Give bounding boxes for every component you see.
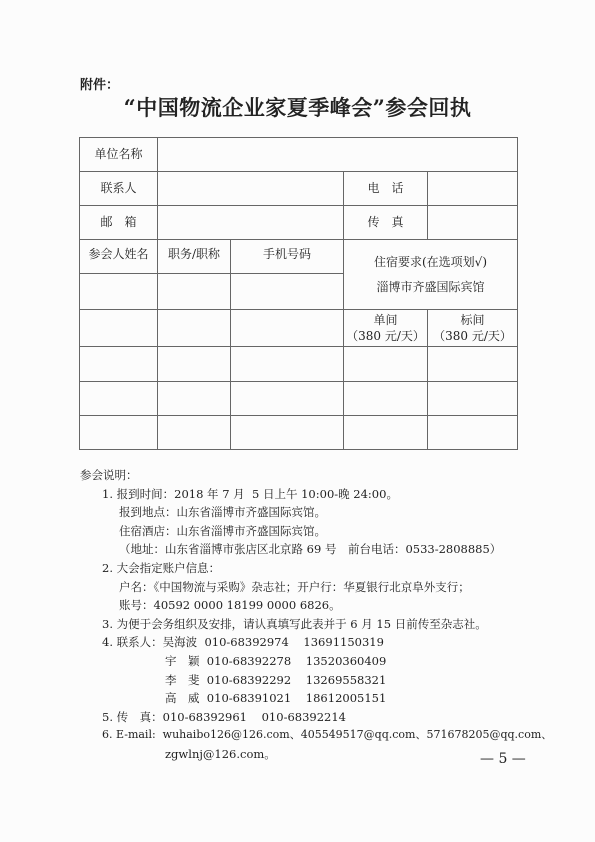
attendee-name-cell[interactable] (80, 310, 158, 347)
position-cell[interactable] (158, 416, 231, 450)
attendee-name-cell[interactable] (80, 347, 158, 382)
position-cell[interactable] (158, 347, 231, 382)
twin-room-label: 标间 (428, 312, 517, 328)
lodging-requirement-label: 住宿要求(在选项划√) (344, 254, 517, 270)
phone-field[interactable] (428, 172, 518, 206)
email-label: 邮 箱 (80, 206, 158, 240)
contact-label: 联系人 (80, 172, 158, 206)
fax-field[interactable] (428, 206, 518, 240)
attendee-name-header: 参会人姓名 (80, 240, 158, 274)
attachment-label: 附件： (80, 74, 119, 93)
page-title: “中国物流企业家夏季峰会”参会回执 (0, 92, 595, 122)
page-number: — 5 — (480, 751, 526, 767)
attendee-name-cell[interactable] (80, 382, 158, 416)
mobile-cell[interactable] (231, 347, 344, 382)
note-item: 4. 联系人：吴海波 010-68392974 13691150319 (80, 633, 540, 652)
single-room-label: 单间 (344, 312, 427, 328)
single-room-cell[interactable] (344, 382, 428, 416)
note-item: 报到地点：山东省淄博市齐盛国际宾馆。 (80, 503, 540, 522)
note-item: 6. E-mail: wuhaibo126@126.com、405549517@… (80, 726, 540, 745)
single-room-price: （380 元/天） (344, 328, 427, 344)
note-item: 住宿酒店：山东省淄博市齐盛国际宾馆。 (80, 522, 540, 541)
mobile-cell[interactable] (231, 274, 344, 310)
note-item: 1. 报到时间：2018 年 7 月 5 日上午 10:00-晚 24:00。 (80, 485, 540, 504)
mobile-cell[interactable] (231, 310, 344, 347)
unit-name-field[interactable] (158, 138, 518, 172)
lodging-header: 住宿要求(在选项划√) 淄博市齐盛国际宾馆 (344, 240, 518, 310)
twin-room-cell[interactable] (428, 416, 518, 450)
position-cell[interactable] (158, 382, 231, 416)
twin-room-price: （380 元/天） (428, 328, 517, 344)
note-item: 高 威 010-68391021 18612005151 (80, 689, 540, 708)
mobile-header: 手机号码 (231, 240, 344, 274)
note-item: 户名：《中国物流与采购》杂志社；开户行：华夏银行北京阜外支行； (80, 578, 540, 597)
contact-field[interactable] (158, 172, 344, 206)
notes-heading: 参会说明： (80, 466, 540, 485)
hotel-name: 淄博市齐盛国际宾馆 (344, 279, 517, 295)
single-room-cell[interactable] (344, 347, 428, 382)
attendee-name-cell[interactable] (80, 416, 158, 450)
email-field[interactable] (158, 206, 344, 240)
note-item: 5. 传 真：010-68392961 010-68392214 (80, 708, 540, 727)
attendance-notes: 参会说明： 1. 报到时间：2018 年 7 月 5 日上午 10:00-晚 2… (80, 466, 540, 764)
twin-room-header: 标间 （380 元/天） (428, 310, 518, 347)
note-item: 2. 大会指定账户信息： (80, 559, 540, 578)
note-item: 账号：40592 0000 18199 0000 6826。 (80, 596, 540, 615)
position-header: 职务/职称 (158, 240, 231, 274)
note-item: 李 斐 010-68392292 13269558321 (80, 671, 540, 690)
note-item: 3. 为便于会务组织及安排，请认真填写此表并于 6 月 15 日前传至杂志社。 (80, 615, 540, 634)
mobile-cell[interactable] (231, 416, 344, 450)
position-cell[interactable] (158, 310, 231, 347)
attendee-name-cell[interactable] (80, 274, 158, 310)
mobile-cell[interactable] (231, 382, 344, 416)
single-room-header: 单间 （380 元/天） (344, 310, 428, 347)
unit-name-label: 单位名称 (80, 138, 158, 172)
single-room-cell[interactable] (344, 416, 428, 450)
note-item: zgwlnj@126.com。 (80, 745, 540, 764)
registration-form-table: 单位名称 联系人 电 话 邮 箱 传 真 参会人姓名 职务/职称 手机号码 住宿… (79, 137, 518, 450)
note-item: 宇 颖 010-68392278 13520360409 (80, 652, 540, 671)
note-item: （地址：山东省淄博市张店区北京路 69 号 前台电话：0533-2808885） (80, 540, 540, 559)
twin-room-cell[interactable] (428, 382, 518, 416)
phone-label: 电 话 (344, 172, 428, 206)
fax-label: 传 真 (344, 206, 428, 240)
position-cell[interactable] (158, 274, 231, 310)
twin-room-cell[interactable] (428, 347, 518, 382)
